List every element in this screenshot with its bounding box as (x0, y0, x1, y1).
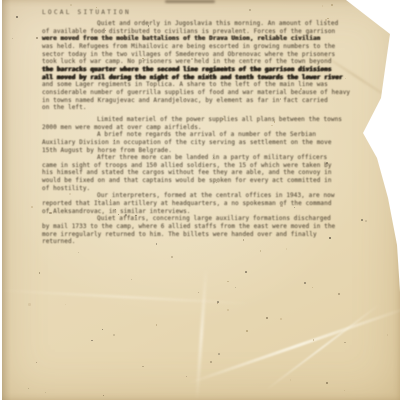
paper-speck (260, 250, 262, 252)
text-line: and some Lager regiments in Toplica. A s… (42, 81, 362, 89)
text-line: by mail 1733 to the camp, where 6 allied… (42, 223, 362, 231)
page-heading: LOCAL SITUATION (42, 9, 362, 16)
paper-speck (286, 248, 288, 250)
paper-speck (142, 366, 143, 367)
typewritten-text-block: LOCAL SITUATION Quiet and orderly in Jug… (42, 9, 362, 246)
paper-speck (65, 304, 66, 305)
paper-speck (217, 301, 219, 303)
paper-speck (70, 4, 72, 6)
paper-speck (227, 281, 229, 283)
text-line: returned. (42, 238, 362, 246)
paper-speck (344, 342, 346, 344)
paper-speck (102, 329, 103, 330)
paper-sheet: LOCAL SITUATION Quiet and orderly in Jug… (0, 0, 400, 400)
text-line: reported that Italian artillery at headq… (42, 200, 362, 208)
text-line: the barracks quarter where the second li… (42, 66, 362, 74)
paper-speck (390, 113, 392, 115)
paper-speck (198, 292, 199, 293)
paper-speck (96, 7, 97, 8)
crease-line (266, 303, 381, 390)
text-line: on the left. (42, 104, 362, 112)
paper-speck (227, 309, 229, 311)
paper-speck (365, 220, 367, 222)
paper-speck (312, 287, 313, 288)
crease-line (0, 289, 250, 304)
paper-speck (210, 361, 212, 363)
paper-speck (331, 4, 333, 6)
paper-speck (217, 303, 218, 304)
paper-speck (326, 382, 328, 384)
paper-edge-shadow (2, 0, 11, 400)
text-line: Quiet affairs, concerning large auxiliar… (42, 215, 362, 223)
crease-line (195, 268, 207, 400)
text-line: Quiet and orderly in Jugoslavia this mor… (42, 20, 362, 28)
scanned-document-image: LOCAL SITUATION Quiet and orderly in Jug… (0, 0, 400, 400)
paper-speck (290, 379, 292, 381)
text-line: Auxiliary Division in occupation of the … (42, 139, 362, 147)
paper-speck (156, 324, 157, 325)
text-line: A brief note regards the arrival of a nu… (42, 131, 362, 139)
crease-line (188, 306, 400, 384)
text-line: all moved by rail during the night of th… (42, 74, 362, 82)
paper-speck (235, 287, 236, 288)
paper-speck (113, 334, 115, 336)
paper-speck (78, 252, 79, 253)
text-line: After three more can be landed in a part… (42, 154, 362, 162)
text-line: 15th August by horse from Belgrade. (42, 147, 362, 155)
paper-speck (131, 279, 132, 280)
paper-speck (338, 293, 340, 295)
paper-speck (31, 206, 33, 208)
paper-speck (12, 38, 13, 39)
paper-speck (36, 37, 38, 39)
text-line: sector today in the two villages of Smed… (42, 51, 362, 59)
text-line: of available food distributed to civilia… (42, 28, 362, 36)
paper-speck (171, 256, 173, 258)
body-text: Quiet and orderly in Jugoslavia this mor… (42, 20, 362, 246)
text-line: his himself and stated the cargos withou… (42, 169, 362, 177)
text-line: 2000 men were moved at over camp airfiel… (42, 124, 362, 132)
text-line: came in sight of troops and 150 allied s… (42, 162, 362, 170)
paper-speck (28, 303, 30, 305)
text-line: more irregularly returned to him. The bi… (42, 231, 362, 239)
text-line: Limited materiel of the power supplies a… (42, 116, 362, 124)
paper-speck (245, 271, 247, 273)
paper-speck (39, 272, 40, 273)
paper-speck (246, 330, 248, 332)
paper-speck (313, 339, 315, 341)
paper-speck (266, 317, 268, 319)
paper-speck (344, 390, 345, 391)
paper-speck (218, 353, 220, 355)
paper-speck (280, 318, 282, 320)
text-line: considerable number of guerrilla supplie… (42, 89, 362, 97)
text-line: was held. Refugees from Mihailovic are b… (42, 43, 362, 51)
top-edge-smudge (165, 0, 215, 3)
paper-speck (186, 376, 187, 377)
text-line: of Aleksandrovac, in similar interviews. (42, 208, 362, 216)
text-line: Our interpreters, formed at the central … (42, 192, 362, 200)
paper-speck (16, 16, 18, 18)
text-line: took luck of war camp. No prisoners were… (42, 58, 362, 66)
text-line: would be fixed on and that captains woul… (42, 177, 362, 185)
paper-speck (28, 388, 29, 389)
paper-speck (45, 392, 46, 393)
paper-speck (36, 362, 37, 363)
paper-speck (103, 395, 104, 396)
paper-speck (91, 340, 93, 342)
paper-speck (387, 334, 389, 336)
text-line: of hostility. (42, 185, 362, 193)
paper-speck (304, 282, 306, 284)
text-line: were moved from the mobile battalions of… (42, 35, 362, 43)
text-line: in towns named Kragujevac and Arandjelov… (42, 97, 362, 105)
paper-speck (322, 5, 324, 7)
